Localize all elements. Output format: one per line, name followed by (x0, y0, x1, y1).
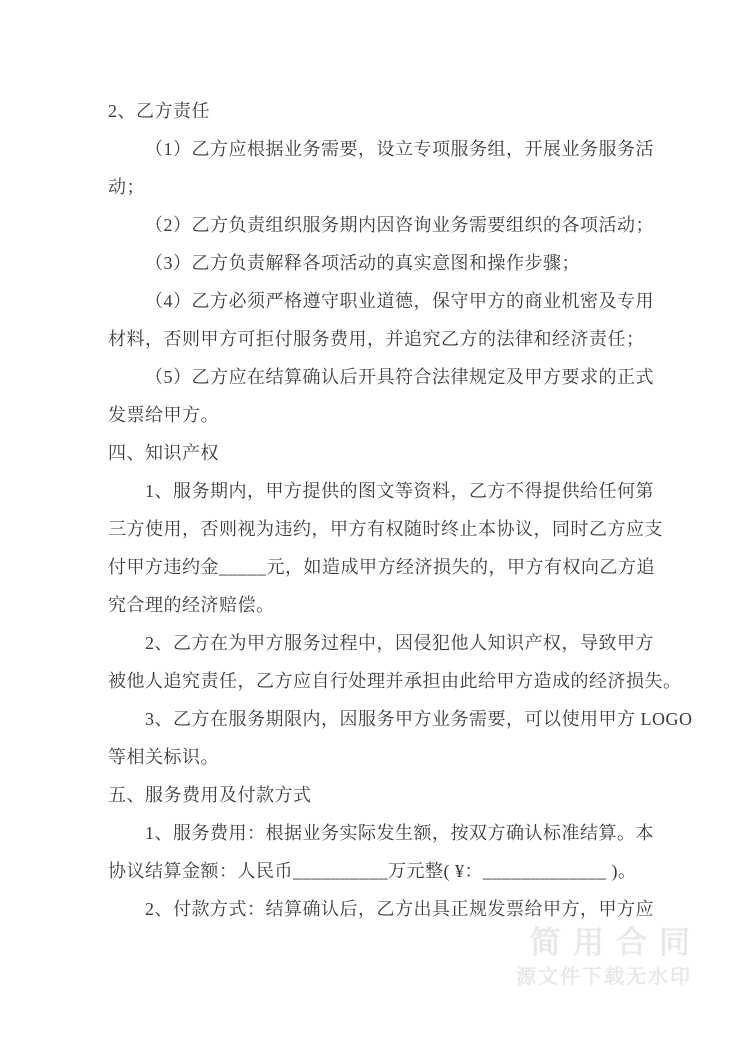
contract-line: 四、知识产权 (108, 434, 653, 472)
contract-line: 动； (108, 168, 653, 206)
contract-line: 2、乙方在为甲方服务过程中，因侵犯他人知识产权，导致甲方 (108, 624, 653, 662)
contract-line: 2、乙方责任 (108, 92, 653, 130)
contract-body: 2、乙方责任（1）乙方应根据业务需要，设立专项服务组，开展业务服务活动；（2）乙… (108, 92, 653, 928)
contract-line: 五、服务费用及付款方式 (108, 776, 653, 814)
contract-line: 发票给甲方。 (108, 396, 653, 434)
contract-line: （1）乙方应根据业务需要，设立专项服务组，开展业务服务活 (108, 130, 653, 168)
contract-line: 三方使用，否则视为违约，甲方有权随时终止本协议，同时乙方应支 (108, 510, 653, 548)
watermark: 简用合同 源文件下载无水印 (516, 926, 690, 989)
contract-line: 被他人追究责任，乙方应自行处理并承担由此给甲方造成的经济损失。 (108, 662, 653, 700)
contract-line: （5）乙方应在结算确认后开具符合法律规定及甲方要求的正式 (108, 358, 653, 396)
contract-line: 等相关标识。 (108, 738, 653, 776)
contract-line: 付甲方违约金_____元，如造成甲方经济损失的，甲方有权向乙方追 (108, 548, 653, 586)
contract-line: 1、服务费用：根据业务实际发生额，按双方确认标准结算。本 (108, 814, 653, 852)
contract-line: 3、乙方在服务期限内，因服务甲方业务需要，可以使用甲方 LOGO (108, 700, 653, 738)
contract-line: 究合理的经济赔偿。 (108, 586, 653, 624)
contract-page: 2、乙方责任（1）乙方应根据业务需要，设立专项服务组，开展业务服务活动；（2）乙… (0, 0, 742, 1049)
contract-line: （4）乙方必须严格遵守职业道德，保守甲方的商业机密及专用 (108, 282, 653, 320)
contract-line: 2、付款方式：结算确认后，乙方出具正规发票给甲方，甲方应 (108, 890, 653, 928)
contract-line: （2）乙方负责组织服务期内因咨询业务需要组织的各项活动； (108, 206, 653, 244)
contract-line: 材料，否则甲方可拒付服务费用，并追究乙方的法律和经济责任； (108, 320, 653, 358)
contract-line: 1、服务期内，甲方提供的图文等资料，乙方不得提供给任何第 (108, 472, 653, 510)
contract-line: 协议结算金额：人民币__________万元整( ¥：_____________… (108, 852, 653, 890)
watermark-title: 简用合同 (516, 926, 702, 960)
watermark-subtitle: 源文件下载无水印 (516, 965, 692, 989)
contract-line: （3）乙方负责解释各项活动的真实意图和操作步骤； (108, 244, 653, 282)
